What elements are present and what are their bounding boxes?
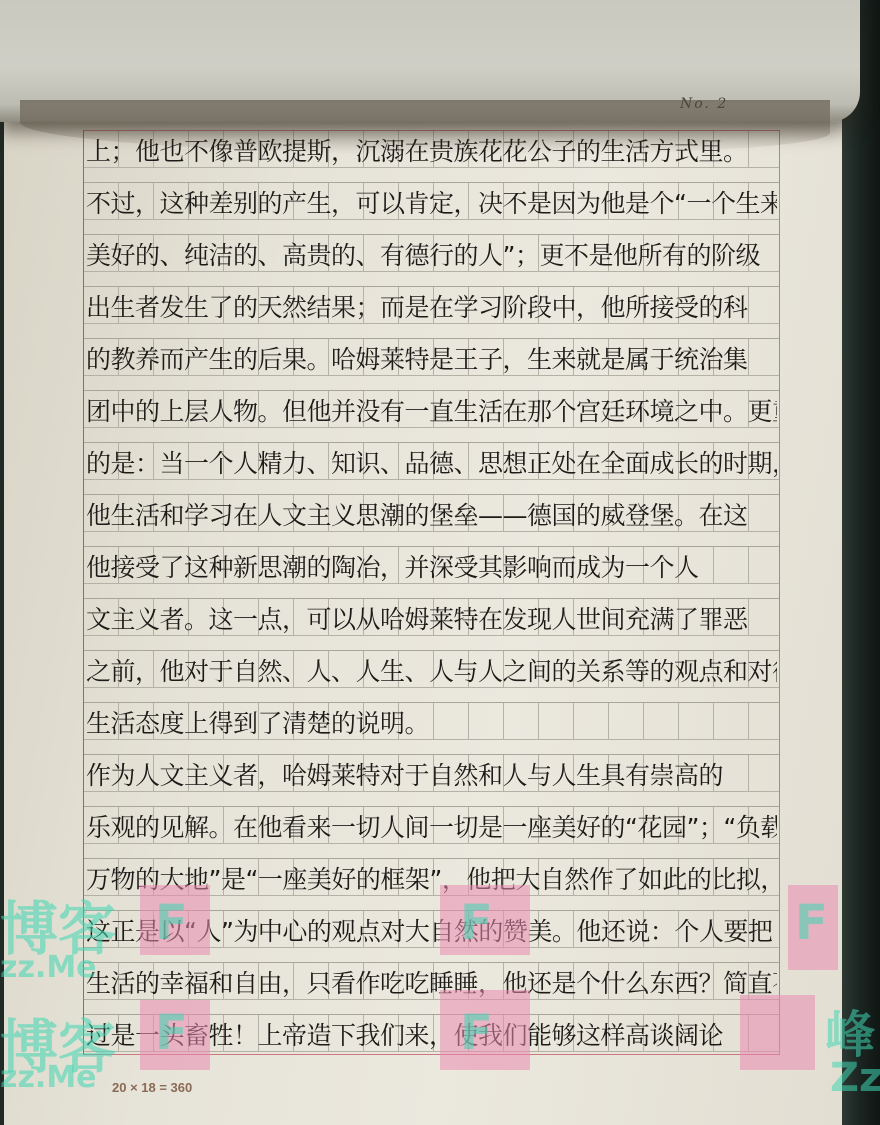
text-line: 美好的、纯洁的、高贵的、有德行的人”；更不是他所有的阶级 bbox=[84, 235, 779, 287]
text-line: 团中的上层人物。但他并没有一直生活在那个宫廷环境之中。更重 bbox=[84, 391, 779, 443]
watermark-sub: zz.Me bbox=[0, 950, 97, 985]
watermark-block bbox=[740, 995, 815, 1070]
watermark-letter: F bbox=[460, 1005, 493, 1061]
text-line: 不过，这种差别的产生，可以肯定，决不是因为他是个“一个生来 bbox=[84, 183, 779, 235]
text-line: 乐观的见解。在他看来一切人间一切是一座美好的“花园”；“负载 bbox=[84, 807, 779, 859]
text-line: 作为人文主义者，哈姆莱特对于自然和人与人生具有崇高的 bbox=[84, 755, 779, 807]
watermark-sub: Zz bbox=[830, 1055, 880, 1101]
watermark-letter: F bbox=[460, 895, 493, 951]
watermark-letter: F bbox=[795, 895, 828, 951]
text-line: 他接受了这种新思潮的陶冶，并深受其影响而成为一个人 bbox=[84, 547, 779, 599]
text-line: 文主义者。这一点，可以从哈姆莱特在发现人世间充满了罪恶 bbox=[84, 599, 779, 651]
text-line: 生活态度上得到了清楚的说明。 bbox=[84, 703, 779, 755]
watermark-letter: F bbox=[155, 895, 188, 951]
text-line: 的是：当一个人精力、知识、品德、思想正处在全面成长的时期， bbox=[84, 443, 779, 495]
page-number: No. 2 bbox=[680, 96, 728, 112]
text-line: 的教养而产生的后果。哈姆莱特是王子，生来就是属于统治集 bbox=[84, 339, 779, 391]
text-line: 之前，他对于自然、人、人生、人与人之间的关系等的观点和对待 bbox=[84, 651, 779, 703]
text-line: 他生活和学习在人文主义思潮的堡垒——德国的威登堡。在这 bbox=[84, 495, 779, 547]
watermark-letter: F bbox=[155, 1005, 188, 1061]
watermark-sub: zz.Me bbox=[0, 1060, 97, 1095]
text-line: 出生者发生了的天然结果；而是在学习阶段中，他所接受的科 bbox=[84, 287, 779, 339]
paper-spec-label: 20 × 18 = 360 bbox=[112, 1080, 192, 1095]
